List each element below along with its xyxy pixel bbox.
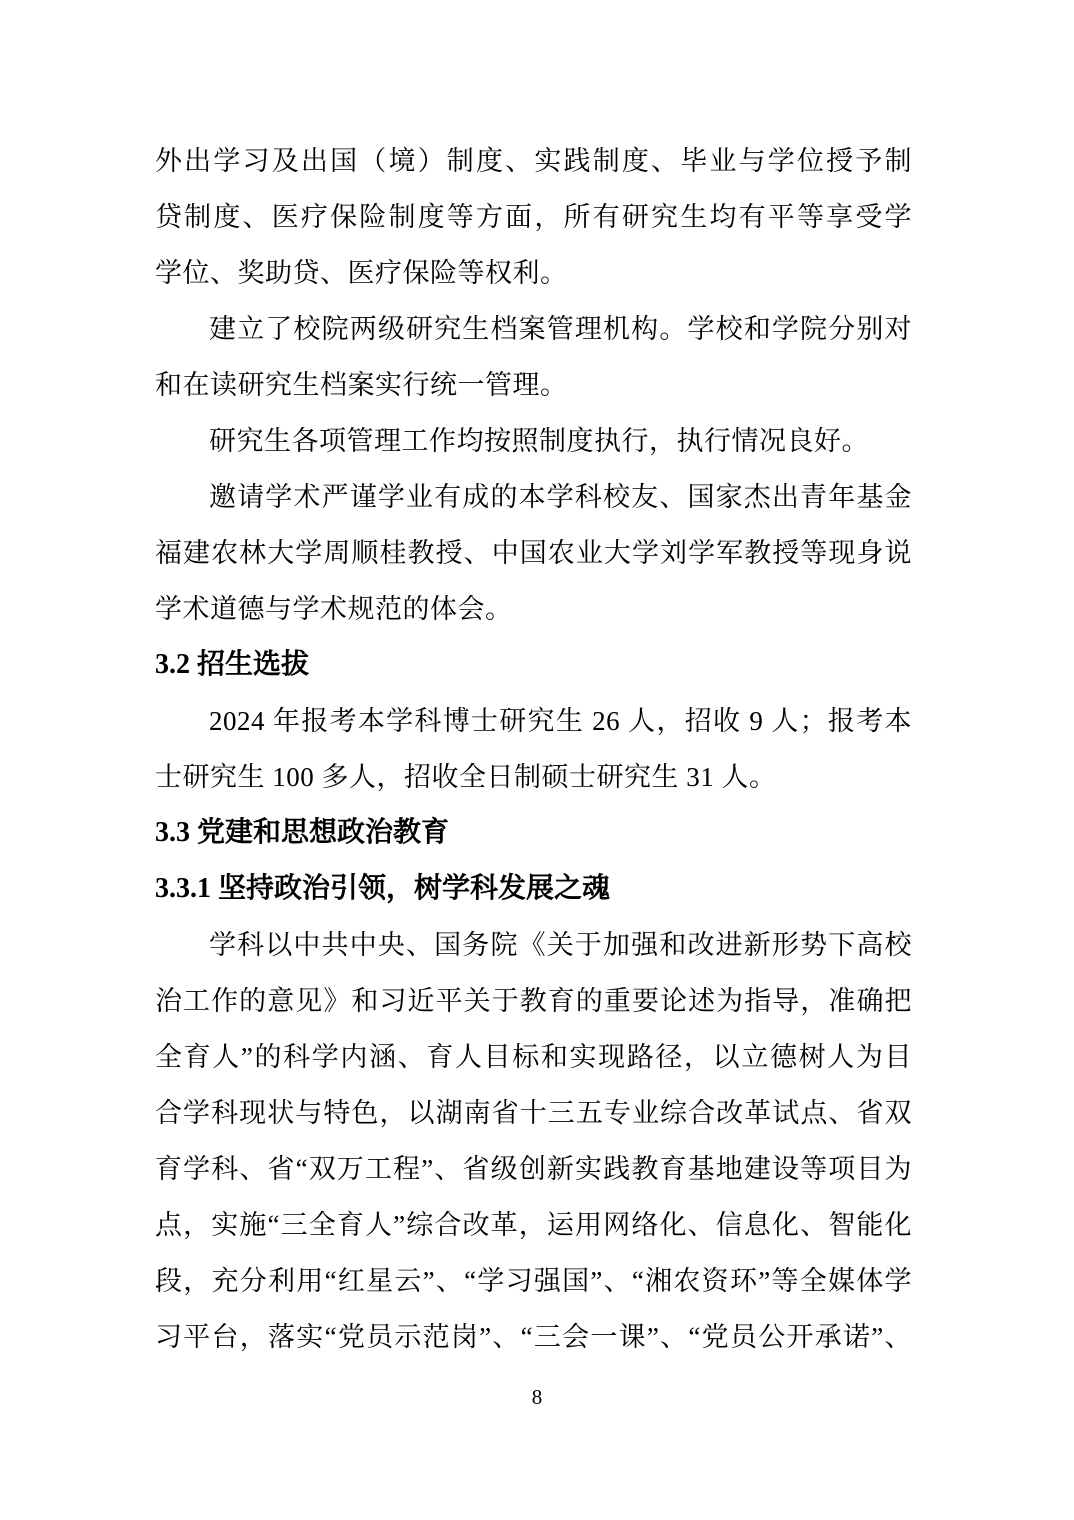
page-footer: 8: [0, 1382, 1074, 1412]
text-line: 段，充分利用“红星云”、“学习强国”、“湘农资环”等全媒体学: [155, 1253, 912, 1309]
document-page: 外出学习及出国（境）制度、实践制度、毕业与学位授予制度、奖助 贷制度、医疗保险制…: [0, 0, 1074, 1520]
document-body: 外出学习及出国（境）制度、实践制度、毕业与学位授予制度、奖助 贷制度、医疗保险制…: [155, 133, 912, 1365]
section-heading-3-3: 3.3 党建和思想政治教育: [155, 805, 912, 861]
text-line: 学科以中共中央、国务院《关于加强和改进新形势下高校思想政: [155, 917, 912, 973]
text-line: 学术道德与学术规范的体会。: [155, 581, 912, 637]
text-line: 学位、奖助贷、医疗保险等权利。: [155, 245, 912, 301]
text-line: 全育人”的科学内涵、育人目标和实现路径，以立德树人为目标，结: [155, 1029, 912, 1085]
text-line: 邀请学术严谨学业有成的本学科校友、国家杰出青年基金获得者: [155, 469, 912, 525]
text-line: 建立了校院两级研究生档案管理机构。学校和学院分别对已毕业: [155, 301, 912, 357]
paragraph-admissions-2024: 2024 年报考本学科博士研究生 26 人，招收 9 人；报考本学科硕 士研究生…: [155, 693, 912, 805]
section-heading-3-2: 3.2 招生选拔: [155, 637, 912, 693]
text-line: 贷制度、医疗保险制度等方面，所有研究生均有平等享受学习、授予: [155, 189, 912, 245]
section-heading-3-3-1: 3.3.1 坚持政治引领，树学科发展之魂: [155, 861, 912, 917]
text-line: 治工作的意见》和习近平关于教育的重要论述为指导，准确把握“三: [155, 973, 912, 1029]
text-line: 点，实施“三全育人”综合改革，运用网络化、信息化、智能化等手: [155, 1197, 912, 1253]
text-line: 研究生各项管理工作均按照制度执行，执行情况良好。: [155, 413, 912, 469]
text-line: 福建农林大学周顺桂教授、中国农业大学刘学军教授等现身说法，谈: [155, 525, 912, 581]
paragraph-management-execution: 研究生各项管理工作均按照制度执行，执行情况良好。: [155, 413, 912, 469]
paragraph-political-guidance: 学科以中共中央、国务院《关于加强和改进新形势下高校思想政 治工作的意见》和习近平…: [155, 917, 912, 1365]
paragraph-archive-management: 建立了校院两级研究生档案管理机构。学校和学院分别对已毕业 和在读研究生档案实行统…: [155, 301, 912, 413]
paragraph-graduate-rights: 外出学习及出国（境）制度、实践制度、毕业与学位授予制度、奖助 贷制度、医疗保险制…: [155, 133, 912, 301]
text-line: 习平台，落实“党员示范岗”、“三会一课”、“党员公开承诺”、: [155, 1309, 912, 1365]
paragraph-alumni-lectures: 邀请学术严谨学业有成的本学科校友、国家杰出青年基金获得者 福建农林大学周顺桂教授…: [155, 469, 912, 637]
text-line: 育学科、省“双万工程”、省级创新实践教育基地建设等项目为切入: [155, 1141, 912, 1197]
text-line: 士研究生 100 多人，招收全日制硕士研究生 31 人。: [155, 749, 912, 805]
text-line: 合学科现状与特色，以湖南省十三五专业综合改革试点、省双一流培: [155, 1085, 912, 1141]
text-line: 2024 年报考本学科博士研究生 26 人，招收 9 人；报考本学科硕: [155, 693, 912, 749]
text-line: 和在读研究生档案实行统一管理。: [155, 357, 912, 413]
text-line: 外出学习及出国（境）制度、实践制度、毕业与学位授予制度、奖助: [155, 133, 912, 189]
page-number: 8: [532, 1385, 543, 1409]
